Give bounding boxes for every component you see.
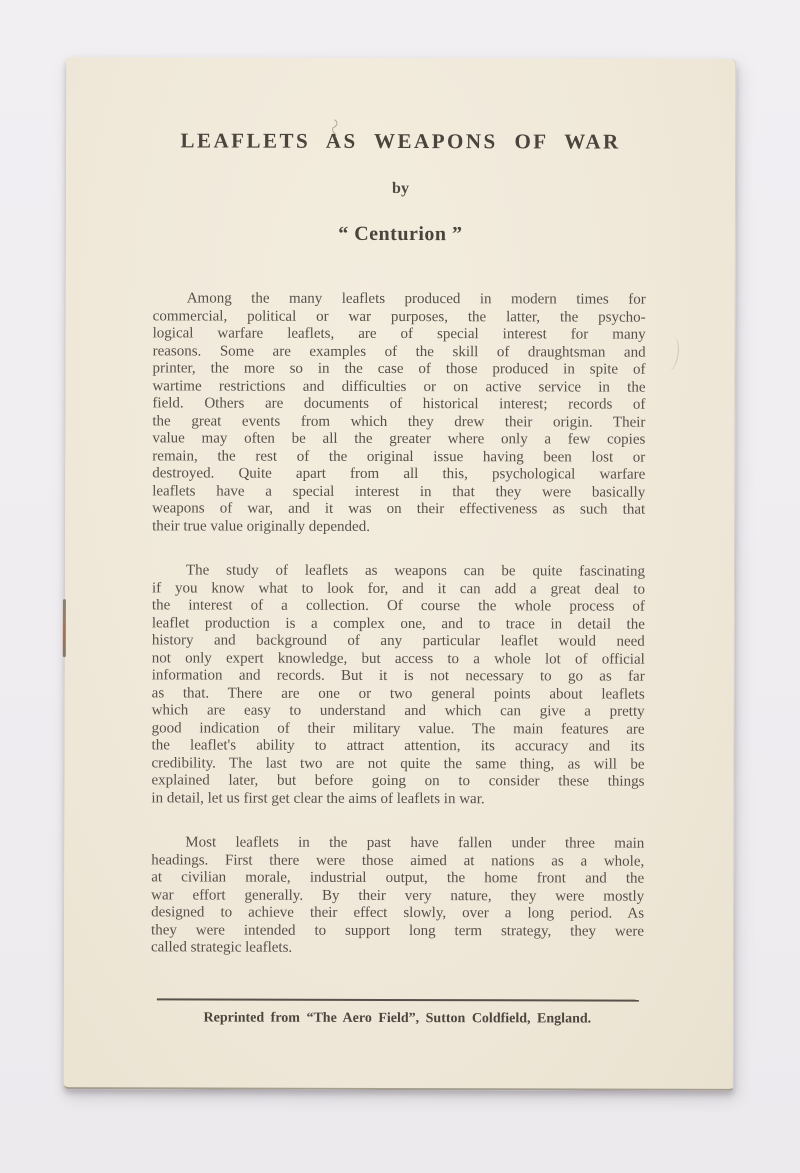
text-line: designed to achieve their effect slowly,… <box>151 904 644 923</box>
text-line: called strategic leaflets. <box>151 939 644 958</box>
footer-divider <box>157 998 639 1001</box>
page-title: LEAFLETS AS WEAPONS OF WAR <box>66 127 735 155</box>
text-line: good indication of their military value.… <box>152 720 645 739</box>
text-line: not only expert knowledge, but access to… <box>152 650 645 669</box>
text-line: leaflet production is a complex one, and… <box>152 615 645 634</box>
print-artifact-squiggle <box>327 118 343 140</box>
text-line: printer, the more so in the case of thos… <box>153 360 646 379</box>
text-line: as that. There are one or two general po… <box>152 685 645 704</box>
text-line: value may often be all the greater where… <box>152 430 645 449</box>
staple-mark <box>63 599 66 657</box>
text-line: their true value originally depended. <box>152 518 645 537</box>
text-line: information and records. But it is not n… <box>152 667 645 686</box>
text-line: at civilian morale, industrial output, t… <box>151 869 644 888</box>
body-text: Among the many leaflets produced in mode… <box>151 290 646 958</box>
text-line: headings. First there were those aimed a… <box>151 852 644 871</box>
text-line: Most leaflets in the past have fallen un… <box>151 834 644 853</box>
text-line: if you know what to look for, and it can… <box>152 580 645 599</box>
text-line: The study of leaflets as weapons can be … <box>152 562 645 581</box>
text-line: explained later, but before going on to … <box>151 772 644 791</box>
text-line: they were intended to support long term … <box>151 922 644 941</box>
text-line: war effort generally. By their very natu… <box>151 887 644 906</box>
text-line: wartime restrictions and difficulties or… <box>152 378 645 397</box>
paragraph: Among the many leaflets produced in mode… <box>152 290 646 536</box>
photo-backdrop: LEAFLETS AS WEAPONS OF WAR by “ Centurio… <box>0 0 800 1173</box>
pamphlet-page: LEAFLETS AS WEAPONS OF WAR by “ Centurio… <box>64 57 737 1091</box>
crease-mark <box>661 336 681 372</box>
text-line: the great events from which they drew th… <box>152 413 645 432</box>
text-line: reasons. Some are examples of the skill … <box>153 343 646 362</box>
paragraph: Most leaflets in the past have fallen un… <box>151 834 644 958</box>
text-line: destroyed. Quite apart from all this, ps… <box>152 465 645 484</box>
author-name: “ Centurion ” <box>66 221 735 247</box>
text-line: field. Others are documents of historica… <box>152 395 645 414</box>
text-line: Among the many leaflets produced in mode… <box>153 290 646 309</box>
footer-credit: Reprinted from “The Aero Field”, Sutton … <box>151 1009 644 1028</box>
text-line: which are easy to understand and which c… <box>152 702 645 721</box>
text-line: in detail, let us first get clear the ai… <box>151 790 644 809</box>
text-line: commercial, political or war purposes, t… <box>153 308 646 327</box>
text-line: the leaflet's ability to attract attenti… <box>152 737 645 756</box>
text-line: credibility. The last two are not quite … <box>151 755 644 774</box>
text-line: history and background of any particular… <box>152 632 645 651</box>
paragraph: The study of leaflets as weapons can be … <box>151 562 645 808</box>
text-line: the interest of a collection. Of course … <box>152 597 645 616</box>
text-line: weapons of war, and it was on their effe… <box>152 500 645 519</box>
text-line: remain, the rest of the original issue h… <box>152 448 645 467</box>
text-line: leaflets have a special interest in that… <box>152 483 645 502</box>
byline: by <box>66 179 735 199</box>
text-line: logical warfare leaflets, are of special… <box>153 325 646 344</box>
